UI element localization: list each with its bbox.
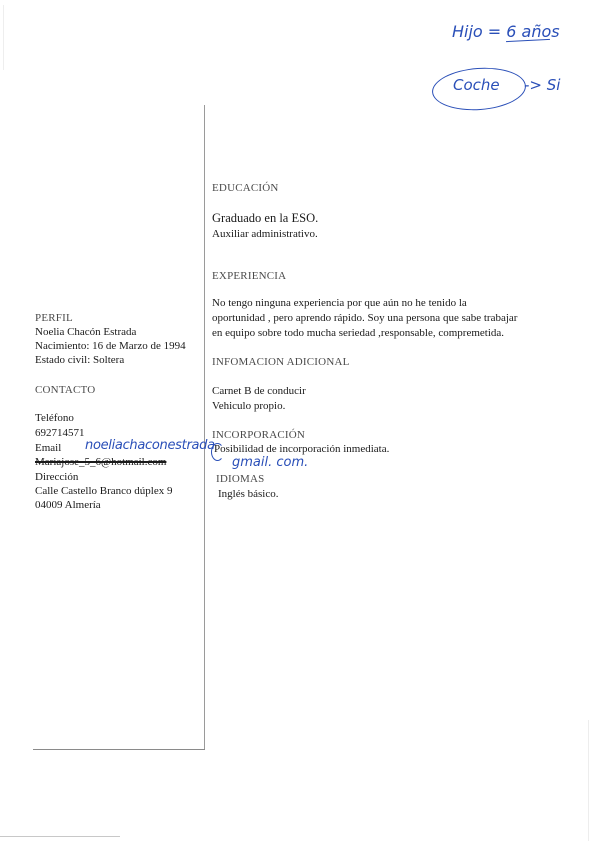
section-heading-idiomas: IDIOMAS	[216, 472, 264, 486]
bottom-border-line	[33, 749, 205, 750]
section-heading-contacto: CONTACTO	[35, 383, 95, 397]
profile-name: Noelia Chacón Estrada	[35, 325, 136, 339]
educacion-item: Graduado en la ESO.	[212, 211, 318, 225]
scan-edge-bottom	[0, 836, 120, 837]
email-label: Email	[35, 441, 61, 455]
section-heading-info-adicional: INFOMACION ADICIONAL	[212, 355, 350, 369]
handwritten-email-domain: gmail. com.	[232, 455, 308, 470]
experiencia-line: en equipo sobre todo mucha seriedad ,res…	[212, 326, 504, 340]
incorporacion-text: Posibilidad de incorporación inmediata.	[214, 442, 389, 456]
address-label: Dirección	[35, 470, 78, 484]
info-adicional-item: Vehiculo propio.	[212, 399, 285, 413]
handwritten-coche-note: Coche	[453, 76, 500, 94]
experiencia-line: No tengo ninguna experiencia por que aún…	[212, 296, 467, 310]
profile-birth: Nacimiento: 16 de Marzo de 1994	[35, 339, 186, 353]
section-heading-perfil: PERFIL	[35, 311, 73, 325]
idiomas-text: Inglés básico.	[218, 487, 278, 501]
scan-edge-left	[3, 5, 4, 70]
experiencia-line: oportunidad , pero aprendo rápido. Soy u…	[212, 311, 517, 325]
address-line2: 04009 Almería	[35, 498, 101, 512]
profile-civil-status: Estado civil: Soltera	[35, 353, 124, 367]
section-heading-educacion: EDUCACIÓN	[212, 181, 279, 195]
phone-label: Teléfono	[35, 411, 74, 425]
info-adicional-item: Carnet B de conducir	[212, 384, 306, 398]
section-heading-experiencia: EXPERIENCIA	[212, 269, 286, 283]
email-value-struck: Mariajose_5_6@hotmail.com	[35, 455, 166, 469]
scan-edge-right	[588, 720, 589, 841]
handwritten-coche-answer: -> Si	[524, 76, 560, 94]
section-heading-incorporacion: INCORPORACIÓN	[212, 428, 305, 442]
educacion-item: Auxiliar administrativo.	[212, 227, 318, 241]
cv-page: Hijo = 6 años Coche -> Si EDUCACIÓN Grad…	[0, 0, 595, 841]
address-line1: Calle Castello Branco dúplex 9	[35, 484, 172, 498]
phone-value: 692714571	[35, 426, 85, 440]
column-divider	[204, 105, 205, 750]
handwritten-email: noeliachaconestrada	[85, 438, 215, 453]
